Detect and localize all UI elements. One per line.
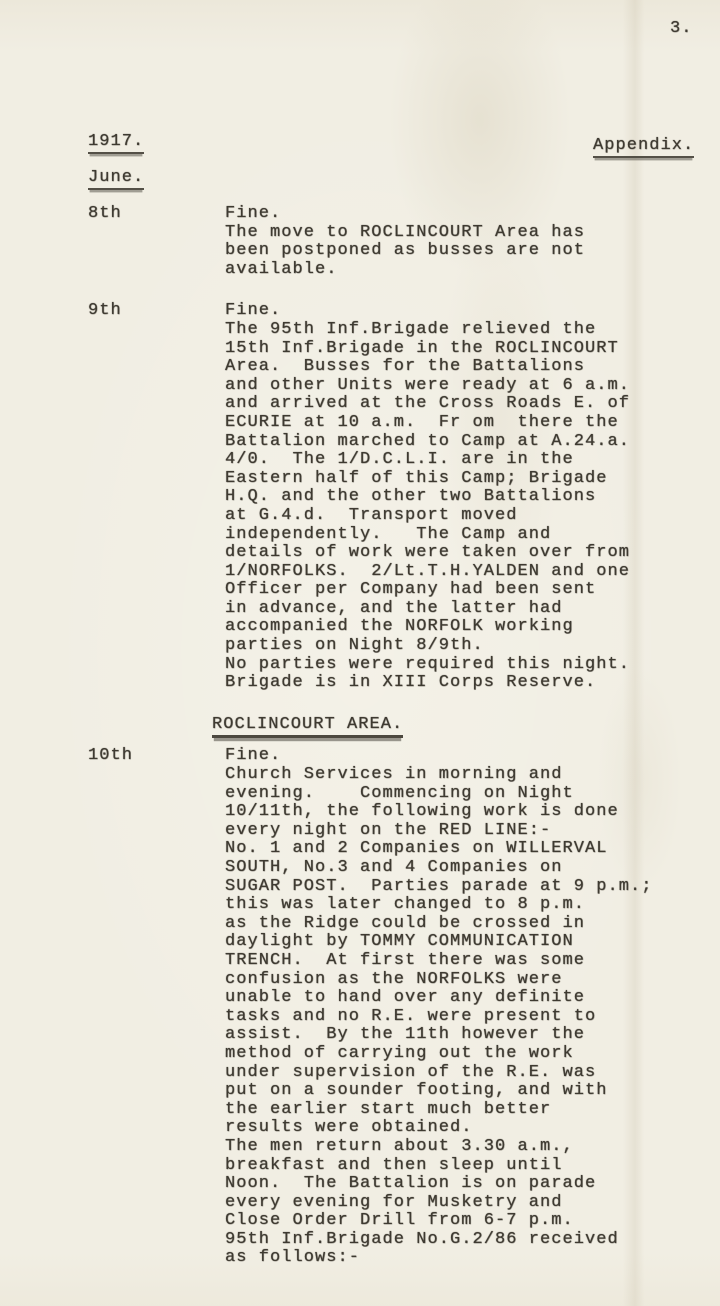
diary-line: Eastern half of this Camp; Brigade	[225, 470, 720, 489]
appendix-text: Appendix.	[593, 136, 694, 158]
diary-line: under supervision of the R.E. was	[225, 1064, 720, 1083]
entry-date: 9th	[88, 302, 122, 321]
diary-line: available.	[225, 261, 720, 280]
section-heading-text: ROCLINCOURT AREA.	[212, 715, 403, 738]
month-text: June.	[88, 168, 144, 190]
diary-line: SOUTH, No.3 and 4 Companies on	[225, 859, 720, 878]
diary-line: been postponed as busses are not	[225, 242, 720, 261]
diary-line: ECURIE at 10 a.m. Fr om there the	[225, 414, 720, 433]
diary-line: Church Services in morning and	[225, 766, 720, 785]
diary-line: Close Order Drill from 6-7 p.m.	[225, 1212, 720, 1231]
diary-line: confusion as the NORFOLKS were	[225, 971, 720, 990]
diary-line: evening. Commencing on Night	[225, 785, 720, 804]
diary-line: details of work were taken over from	[225, 544, 720, 563]
diary-line: every evening for Musketry and	[225, 1194, 720, 1213]
diary-line: Battalion marched to Camp at A.24.a.	[225, 433, 720, 452]
diary-line: H.Q. and the other two Battalions	[225, 488, 720, 507]
diary-line: this was later changed to 8 p.m.	[225, 896, 720, 915]
diary-line: Noon. The Battalion is on parade	[225, 1175, 720, 1194]
diary-entry: 10thFine.Church Services in morning ande…	[0, 747, 720, 1268]
diary-line: Fine.	[225, 747, 720, 766]
entry-lines: Fine.The move to ROCLINCOURT Area hasbee…	[225, 205, 720, 279]
diary-line: and other Units were ready at 6 a.m.	[225, 377, 720, 396]
year-text: 1917.	[88, 132, 144, 154]
diary-line: and arrived at the Cross Roads E. of	[225, 395, 720, 414]
diary-line: tasks and no R.E. were present to	[225, 1008, 720, 1027]
diary-line: as follows:-	[225, 1249, 720, 1268]
diary-entry: 9thFine.The 95th Inf.Brigade relieved th…	[0, 302, 720, 692]
section-heading: ROCLINCOURT AREA.	[212, 716, 720, 735]
diary-line: 95th Inf.Brigade No.G.2/86 received	[225, 1231, 720, 1250]
diary-line: No parties were required this night.	[225, 656, 720, 675]
diary-sections: 8thFine.The move to ROCLINCOURT Area has…	[0, 205, 720, 1291]
diary-line: independently. The Camp and	[225, 526, 720, 545]
appendix-label: Appendix.	[593, 137, 694, 156]
diary-line: in advance, and the latter had	[225, 600, 720, 619]
diary-line: The move to ROCLINCOURT Area has	[225, 224, 720, 243]
diary-line: 4/0. The 1/D.C.L.I. are in the	[225, 451, 720, 470]
diary-line: accompanied the NORFOLK working	[225, 618, 720, 637]
month-label: June.	[88, 169, 144, 188]
diary-line: Officer per Company had been sent	[225, 581, 720, 600]
diary-line: Brigade is in XIII Corps Reserve.	[225, 674, 720, 693]
diary-line: as the Ridge could be crossed in	[225, 915, 720, 934]
diary-line: TRENCH. At first there was some	[225, 952, 720, 971]
diary-line: Fine.	[225, 205, 720, 224]
entry-date: 10th	[88, 747, 133, 766]
diary-line: breakfast and then sleep until	[225, 1157, 720, 1176]
diary-line: 1/NORFOLKS. 2/Lt.T.H.YALDEN and one	[225, 563, 720, 582]
diary-line: parties on Night 8/9th.	[225, 637, 720, 656]
diary-line: The men return about 3.30 a.m.,	[225, 1138, 720, 1157]
diary-line: unable to hand over any definite	[225, 989, 720, 1008]
diary-line: The 95th Inf.Brigade relieved the	[225, 321, 720, 340]
diary-page: 3. 1917. Appendix. June. 8thFine.The mov…	[0, 0, 720, 1306]
entry-lines: Fine.Church Services in morning andeveni…	[225, 747, 720, 1268]
diary-line: daylight by TOMMY COMMUNICATION	[225, 933, 720, 952]
diary-line: 15th Inf.Brigade in the ROCLINCOURT	[225, 340, 720, 359]
diary-line: Fine.	[225, 302, 720, 321]
diary-line: No. 1 and 2 Companies on WILLERVAL	[225, 840, 720, 859]
diary-line: put on a sounder footing, and with	[225, 1082, 720, 1101]
diary-line: the earlier start much better	[225, 1101, 720, 1120]
diary-line: assist. By the 11th however the	[225, 1026, 720, 1045]
entry-date: 8th	[88, 205, 122, 224]
entry-lines: Fine.The 95th Inf.Brigade relieved the15…	[225, 302, 720, 692]
diary-entry: 8thFine.The move to ROCLINCOURT Area has…	[0, 205, 720, 279]
page-number: 3.	[670, 20, 693, 39]
diary-line: results were obtained.	[225, 1119, 720, 1138]
diary-line: at G.4.d. Transport moved	[225, 507, 720, 526]
diary-line: every night on the RED LINE:-	[225, 822, 720, 841]
diary-line: SUGAR POST. Parties parade at 9 p.m.;	[225, 878, 720, 897]
diary-line: 10/11th, the following work is done	[225, 803, 720, 822]
diary-line: method of carrying out the work	[225, 1045, 720, 1064]
diary-line: Area. Busses for the Battalions	[225, 358, 720, 377]
year-label: 1917.	[88, 133, 144, 152]
